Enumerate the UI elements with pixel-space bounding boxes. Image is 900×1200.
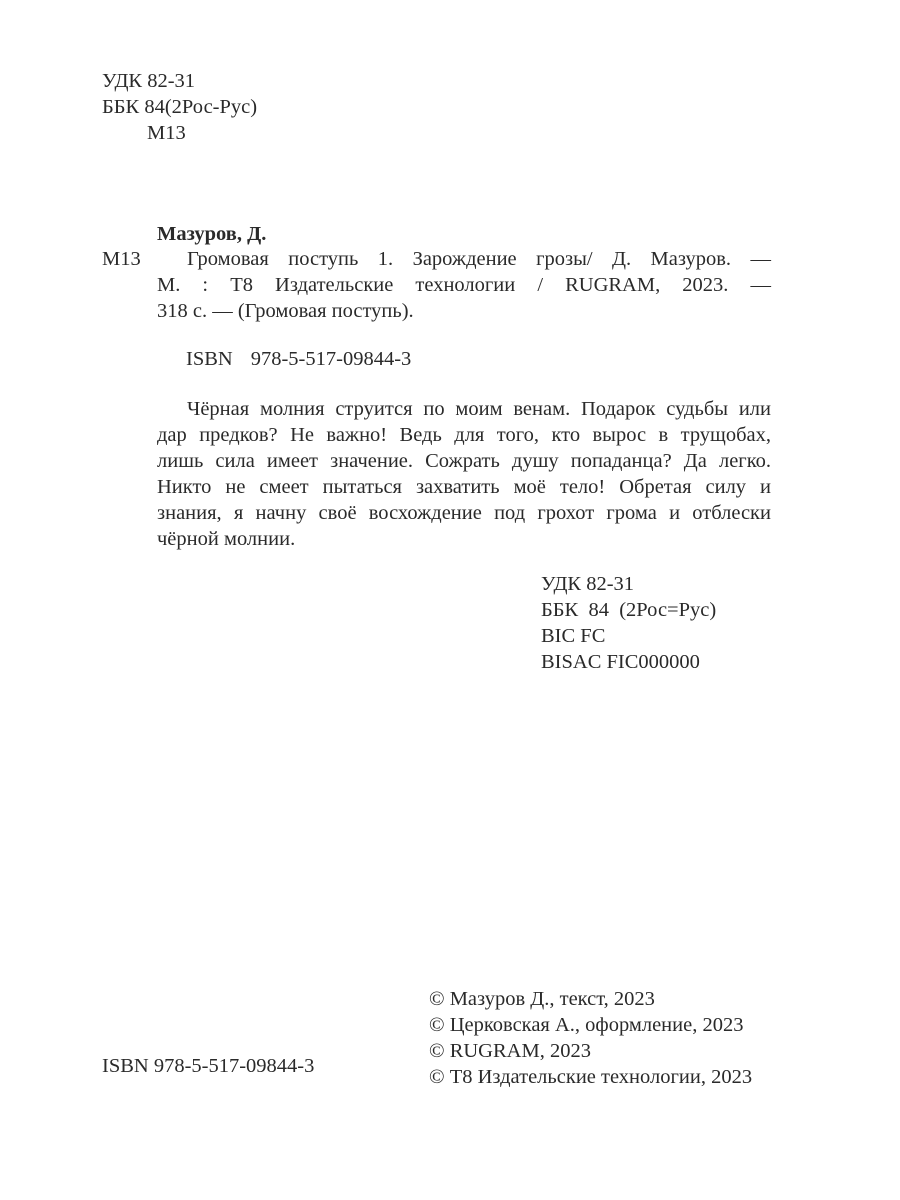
classification-top: УДК 82-31 ББК 84(2Рос-Рус) М13 (102, 68, 257, 146)
bbk-code: ББК 84 (2Рос=Рус) (541, 597, 716, 623)
copyright-line: © Мазуров Д., текст, 2023 (429, 986, 752, 1012)
udk-code: УДК 82-31 (102, 68, 257, 94)
annotation-line: Никто не смеет пытаться захватить моё те… (157, 474, 771, 500)
copyright-line: © Т8 Издательские технологии, 2023 (429, 1064, 752, 1090)
bbk-code: ББК 84(2Рос-Рус) (102, 94, 257, 120)
copyright-block: © Мазуров Д., текст, 2023 © Церковская А… (429, 986, 752, 1090)
copyright-line: © Церковская А., оформление, 2023 (429, 1012, 752, 1038)
catalog-author: Мазуров, Д. (157, 221, 266, 247)
catalog-card-body: Громовая поступь 1. Зарождение грозы/ Д.… (157, 246, 771, 324)
catalog-line: Громовая поступь 1. Зарождение грозы/ Д.… (157, 246, 771, 272)
bic-code: BIC FC (541, 623, 716, 649)
annotation-line: чёрной молнии. (157, 526, 771, 552)
bisac-code: BISAC FIC000000 (541, 649, 716, 675)
isbn-label: ISBN (186, 348, 233, 370)
annotation-line: лишь сила имеет значение. Сожрать душу п… (157, 448, 771, 474)
classification-right: УДК 82-31 ББК 84 (2Рос=Рус) BIC FC BISAC… (541, 571, 716, 675)
catalog-line: М. : Т8 Издательские технологии / RUGRAM… (157, 272, 771, 298)
catalog-isbn: ISBN978-5-517-09844-3 (186, 346, 411, 372)
annotation: Чёрная молния струится по моим венам. По… (157, 396, 771, 552)
annotation-line: дар предков? Не важно! Ведь для того, кт… (157, 422, 771, 448)
catalog-cipher: М13 (102, 246, 141, 272)
copyright-line: © RUGRAM, 2023 (429, 1038, 752, 1064)
udk-code: УДК 82-31 (541, 571, 716, 597)
isbn-bottom: ISBN 978-5-517-09844-3 (102, 1053, 314, 1079)
catalog-line: 318 с. — (Громовая поступь). (157, 298, 771, 324)
author-mark: М13 (102, 120, 257, 146)
annotation-line: Чёрная молния струится по моим венам. По… (157, 396, 771, 422)
isbn-number: 978-5-517-09844-3 (251, 348, 412, 370)
annotation-line: знания, я начну своё восхождение под гро… (157, 500, 771, 526)
